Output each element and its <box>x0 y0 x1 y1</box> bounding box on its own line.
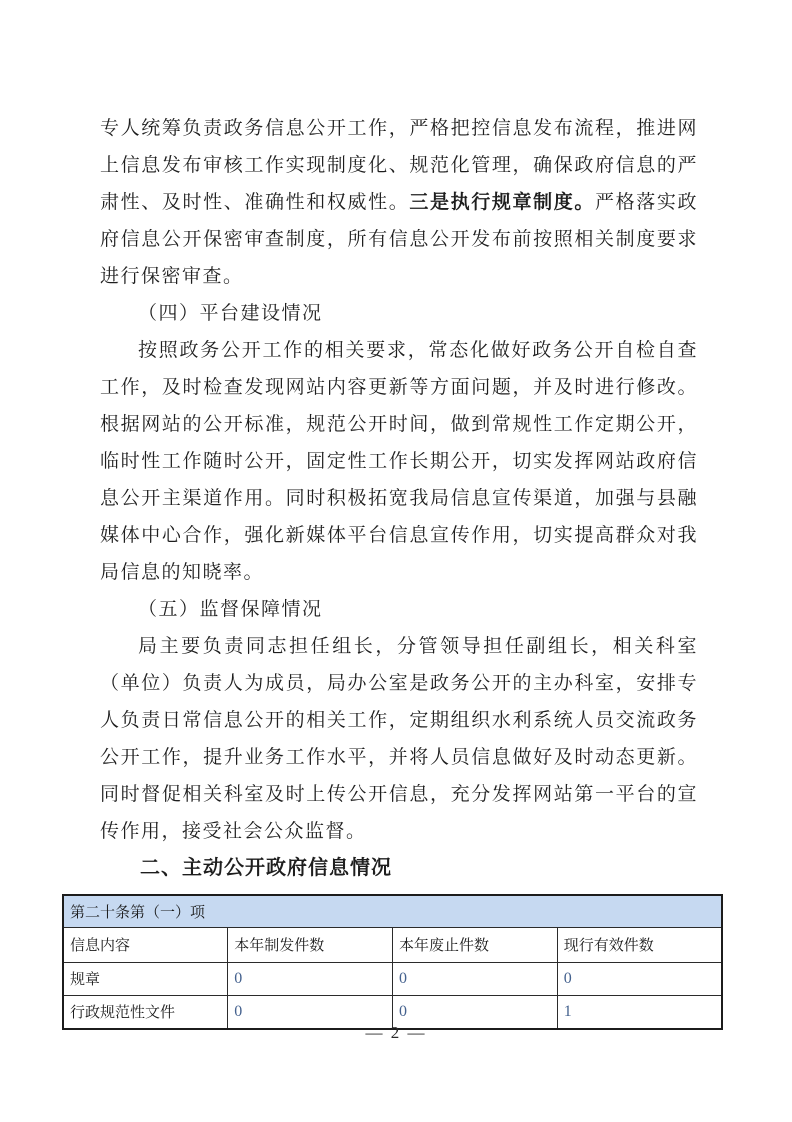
value-cell: 0 <box>393 963 558 996</box>
paragraph: （四）平台建设情况 <box>100 295 698 332</box>
column-header: 本年废止件数 <box>393 928 558 963</box>
table-header-row: 信息内容本年制发件数本年废止件数现行有效件数 <box>63 928 722 963</box>
bold-text-segment: 三是执行规章制度。 <box>409 192 595 213</box>
page-number: — 2 — <box>0 1023 792 1043</box>
column-header: 本年制发件数 <box>228 928 393 963</box>
text-segment: （四）平台建设情况 <box>138 303 323 324</box>
text-segment: （五）监督保障情况 <box>138 599 323 620</box>
section-heading: 二、主动公开政府信息情况 <box>100 850 698 887</box>
table-title-row: 第二十条第（一）项 <box>63 895 722 928</box>
value-cell: 0 <box>228 963 393 996</box>
paragraph: （五）监督保障情况 <box>100 591 698 628</box>
table-title: 第二十条第（一）项 <box>63 895 722 928</box>
row-label: 规章 <box>63 963 228 996</box>
document-page: 专人统筹负责政务信息公开工作，严格把控信息发布流程，推进网上信息发布审核工作实现… <box>0 0 792 1122</box>
table-row: 规章000 <box>63 963 722 996</box>
paragraph: 局主要负责同志担任组长，分管领导担任副组长，相关科室（单位）负责人为成员，局办公… <box>100 628 698 850</box>
paragraph: 按照政务公开工作的相关要求，常态化做好政务公开自检自查工作，及时检查发现网站内容… <box>100 332 698 591</box>
column-header: 信息内容 <box>63 928 228 963</box>
paragraph: 专人统筹负责政务信息公开工作，严格把控信息发布流程，推进网上信息发布审核工作实现… <box>100 110 698 295</box>
text-segment: 按照政务公开工作的相关要求，常态化做好政务公开自检自查工作，及时检查发现网站内容… <box>100 340 698 583</box>
text-segment: 局主要负责同志担任组长，分管领导担任副组长，相关科室（单位）负责人为成员，局办公… <box>100 636 698 842</box>
bold-text-segment: 二、主动公开政府信息情况 <box>140 857 392 879</box>
body-text-block: 专人统筹负责政务信息公开工作，严格把控信息发布流程，推进网上信息发布审核工作实现… <box>100 110 698 890</box>
article20-item1-table: 第二十条第（一）项 信息内容本年制发件数本年废止件数现行有效件数 规章000行政… <box>62 894 723 1030</box>
column-header: 现行有效件数 <box>557 928 722 963</box>
value-cell: 0 <box>557 963 722 996</box>
